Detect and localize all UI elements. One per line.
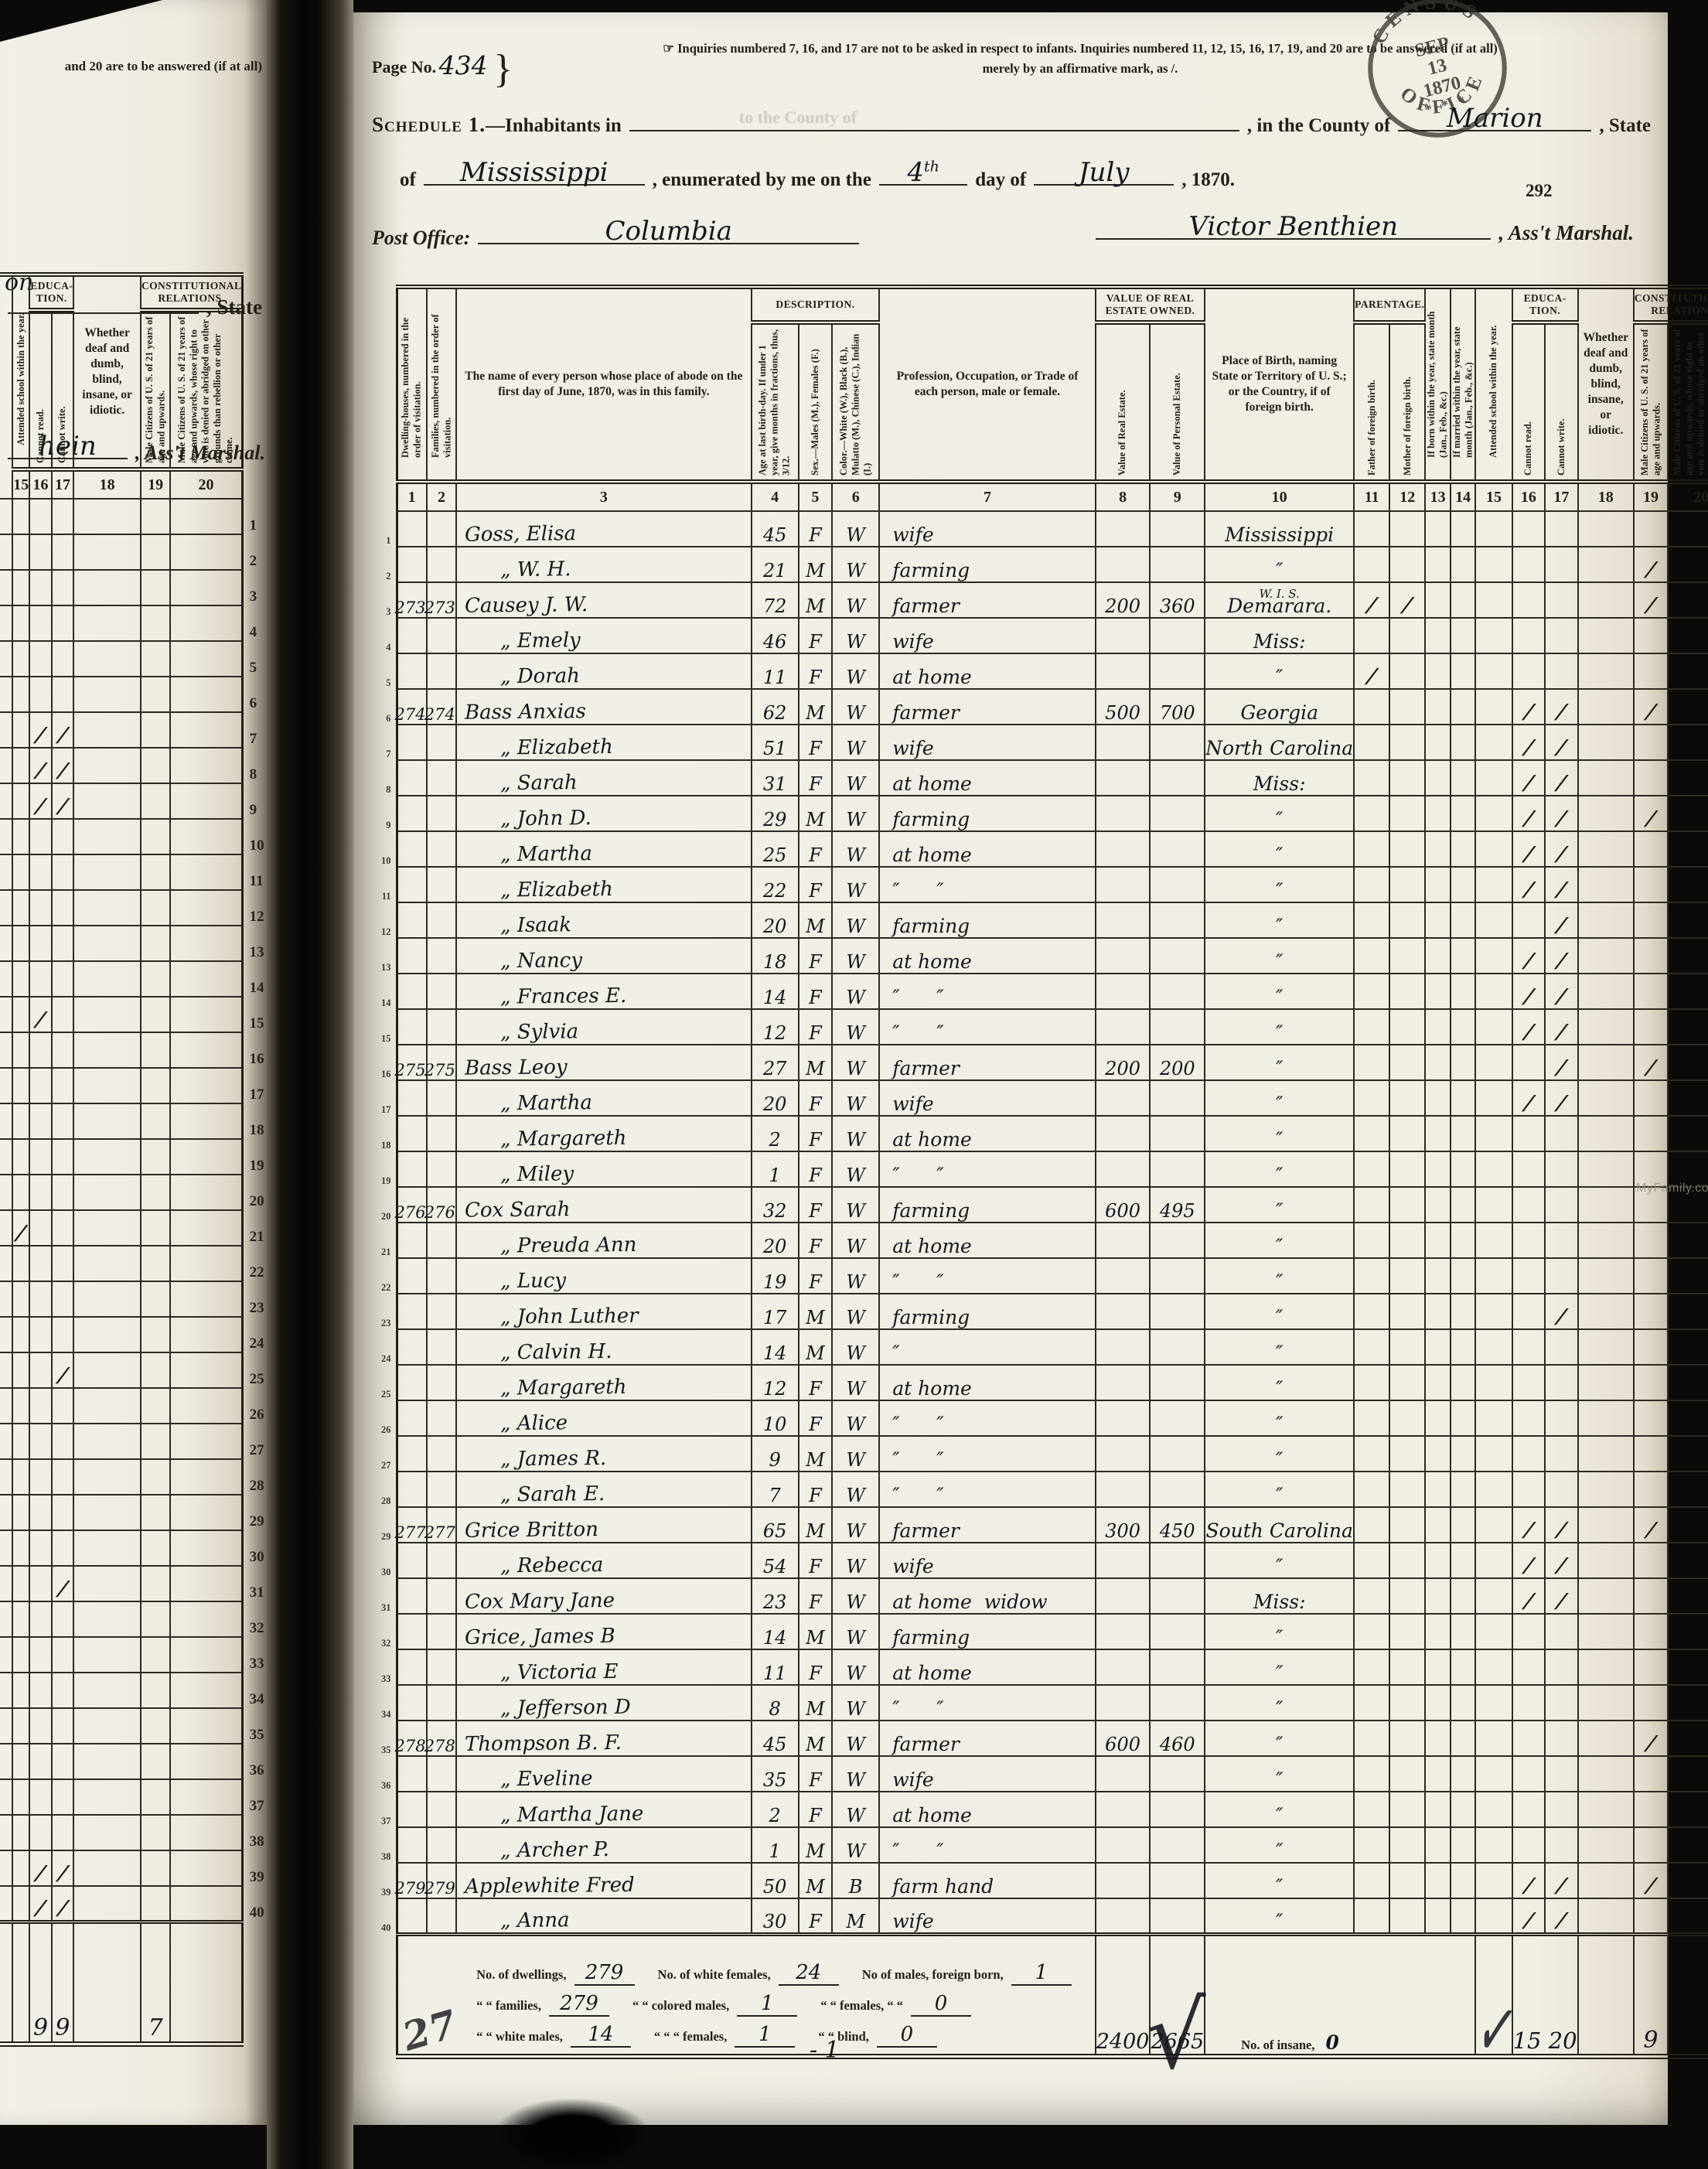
col18-mark bbox=[73, 570, 141, 605]
left-row: /31 bbox=[0, 1566, 267, 1601]
sex: F bbox=[799, 844, 832, 866]
col2-family bbox=[427, 725, 456, 760]
col2-family bbox=[427, 974, 456, 1009]
row-number-small: 15 bbox=[381, 1033, 396, 1045]
col11-mark: / bbox=[1354, 582, 1389, 618]
col10-birthplace: ″ bbox=[1205, 867, 1354, 902]
affirmative-mark: / bbox=[1631, 594, 1670, 617]
left-row: /25 bbox=[0, 1352, 267, 1388]
col12-mark bbox=[1389, 1721, 1425, 1756]
col17-mark bbox=[1545, 1151, 1578, 1187]
col1-dwelling bbox=[397, 1151, 427, 1187]
left-row: 32 bbox=[0, 1601, 267, 1637]
header-col13: If born within the year, state month (Ja… bbox=[1425, 287, 1451, 482]
header-col17: Cannot write. bbox=[1545, 322, 1578, 482]
col8-real-estate bbox=[1096, 760, 1151, 796]
col4-age: 11 bbox=[752, 653, 799, 689]
col19-mark bbox=[1634, 1116, 1668, 1151]
col19-mark bbox=[141, 1673, 170, 1708]
col7-occupation: wife bbox=[879, 725, 1095, 760]
summary-label: “ “ females, “ “ bbox=[820, 1998, 903, 2014]
header-label-17: Cannot write. bbox=[1556, 329, 1567, 476]
schedule-text-2: , in the County of bbox=[1247, 115, 1390, 137]
col3-name: „ Dorah bbox=[456, 653, 751, 689]
col18-mark bbox=[1578, 1578, 1634, 1614]
col18-mark bbox=[73, 1317, 141, 1352]
col5-sex: M bbox=[799, 1614, 833, 1649]
col18-mark bbox=[73, 1459, 141, 1495]
col3-name: „ John Luther bbox=[456, 1294, 751, 1329]
col4-age: 25 bbox=[752, 831, 799, 867]
row-number-big: 27 bbox=[244, 1442, 267, 1459]
col18-mark bbox=[73, 890, 141, 926]
col10-birthplace: ″ bbox=[1205, 1365, 1354, 1400]
row-number-right: 39 bbox=[242, 1850, 267, 1886]
col8-real-estate bbox=[1096, 1400, 1151, 1436]
person-name: Grice, James B bbox=[457, 1625, 615, 1649]
col16-mark: / bbox=[1512, 1543, 1546, 1578]
left-row: 2 bbox=[0, 534, 267, 570]
col15-mark bbox=[1475, 1898, 1512, 1934]
age: 45 bbox=[752, 524, 798, 546]
col9-personal-estate bbox=[1150, 1009, 1205, 1045]
summary-label: “ “ families, bbox=[476, 1998, 541, 2014]
col19-mark bbox=[141, 1459, 170, 1495]
col15-mark bbox=[1475, 1187, 1512, 1223]
col3-name: Goss, Elisa bbox=[456, 511, 751, 547]
occupation: ″ ″ bbox=[880, 879, 943, 902]
row-number-right: 23 bbox=[242, 1281, 267, 1317]
occupation: wife bbox=[880, 1093, 933, 1115]
col20-mark bbox=[170, 1779, 242, 1815]
col7-occupation: farming bbox=[879, 547, 1095, 582]
col13-mark bbox=[1425, 1329, 1451, 1365]
color: W bbox=[833, 1342, 878, 1364]
col19-mark bbox=[141, 854, 170, 890]
col15-mark bbox=[1475, 1685, 1512, 1721]
col6-color: W bbox=[832, 1294, 879, 1329]
row-number-small: 34 bbox=[381, 1709, 396, 1721]
affirmative-mark: / bbox=[1631, 558, 1670, 581]
col16-mark bbox=[29, 1566, 51, 1601]
left-row: 19 bbox=[0, 1139, 267, 1175]
col9-personal-estate bbox=[1150, 1649, 1205, 1685]
color: W bbox=[833, 1022, 878, 1044]
row-number-big: 28 bbox=[244, 1478, 267, 1495]
col19-mark bbox=[1634, 1792, 1668, 1827]
col16-mark bbox=[29, 1459, 51, 1495]
col19-mark bbox=[1634, 1543, 1668, 1578]
row-number-left: 33 bbox=[381, 1649, 397, 1685]
row-number-small: 2 bbox=[381, 571, 396, 582]
row-number-left: 26 bbox=[381, 1400, 397, 1436]
col10-birthplace: ″ bbox=[1205, 831, 1354, 867]
col17-mark: / bbox=[1545, 1863, 1578, 1898]
sex: F bbox=[799, 738, 832, 759]
col6-color: W bbox=[832, 902, 879, 938]
col14-mark bbox=[1451, 867, 1476, 902]
cut-cell bbox=[0, 890, 12, 926]
affirmative-mark: / bbox=[1543, 1909, 1580, 1932]
col9-personal-estate bbox=[1150, 1863, 1205, 1898]
col12-mark bbox=[1389, 831, 1425, 867]
marshal-line: Victor Benthien , Ass't Marshal. bbox=[1088, 213, 1634, 245]
col19-mark bbox=[141, 1032, 170, 1068]
col7-occupation: at home bbox=[879, 1365, 1095, 1400]
color: W bbox=[833, 1520, 878, 1542]
col20-mark bbox=[1668, 511, 1708, 547]
col12-mark bbox=[1389, 1507, 1425, 1543]
col7-occupation: wife bbox=[879, 1898, 1095, 1934]
col5-sex: M bbox=[799, 1294, 833, 1329]
birthplace: ″ bbox=[1205, 1626, 1353, 1649]
sex: M bbox=[799, 1307, 832, 1328]
col7-occupation: at home bbox=[879, 831, 1095, 867]
col17-mark bbox=[1545, 618, 1578, 653]
col20-mark bbox=[1668, 582, 1708, 618]
col15-mark bbox=[12, 1139, 29, 1175]
table-header: Attended school within the year.Educa-ti… bbox=[0, 275, 267, 499]
col17-mark bbox=[52, 1139, 73, 1175]
col14-mark bbox=[1451, 1436, 1476, 1472]
col15-mark bbox=[1475, 1827, 1512, 1863]
age: 19 bbox=[752, 1271, 798, 1293]
col13-mark bbox=[1425, 1294, 1451, 1329]
summary-empty-18 bbox=[1578, 1934, 1634, 2056]
col8-real-estate bbox=[1096, 511, 1151, 547]
col18-mark bbox=[1578, 547, 1634, 582]
col20-mark bbox=[170, 1601, 242, 1637]
col2-family bbox=[427, 1365, 456, 1400]
col9-personal-estate bbox=[1150, 1151, 1205, 1187]
age: 72 bbox=[752, 595, 798, 617]
affirmative-mark: / bbox=[49, 759, 76, 783]
affirmative-mark: / bbox=[1543, 1305, 1580, 1328]
row-number-right: 21 bbox=[242, 1210, 267, 1246]
col8-real-estate bbox=[1096, 1009, 1151, 1045]
row-number-right: 25 bbox=[242, 1352, 267, 1388]
col20-mark bbox=[170, 1673, 242, 1708]
col4-age: 65 bbox=[752, 1507, 799, 1543]
page-number-line: Page No. 434 } bbox=[372, 46, 513, 92]
person-row: 38„ Archer P.1MW″ ″″38 bbox=[381, 1827, 1708, 1863]
age: 45 bbox=[752, 1734, 798, 1755]
col13-mark bbox=[1425, 1400, 1451, 1436]
person-name: Bass Anxias bbox=[457, 700, 586, 725]
col20-mark bbox=[170, 570, 242, 605]
col17-mark bbox=[52, 997, 73, 1032]
col18-mark bbox=[73, 1388, 141, 1424]
header-number-14: 14 bbox=[1451, 482, 1476, 511]
col16-mark bbox=[1512, 511, 1546, 547]
person-name: „ Victoria E bbox=[457, 1660, 619, 1685]
cut-cell bbox=[0, 1139, 12, 1175]
left-row: 18 bbox=[0, 1103, 267, 1139]
margin-cell bbox=[242, 1922, 267, 2044]
col18-mark bbox=[73, 1601, 141, 1637]
header-col14: If married within the year, state month … bbox=[1451, 287, 1476, 482]
row-number-big: 34 bbox=[244, 1691, 267, 1708]
col6-color: W bbox=[832, 511, 879, 547]
col16-mark bbox=[1512, 1045, 1546, 1080]
person-row: 1Goss, Elisa45FWwifeMississippi1 bbox=[381, 511, 1708, 547]
person-row: 28„ Sarah E.7FW″ ″″28 bbox=[381, 1472, 1708, 1507]
col4-age: 22 bbox=[752, 867, 799, 902]
col18-mark bbox=[1578, 618, 1634, 653]
row-number-left: 10 bbox=[381, 831, 397, 867]
col11-mark bbox=[1354, 760, 1389, 796]
col2-family bbox=[427, 1543, 456, 1578]
read-write-total: 15 20 bbox=[1513, 2007, 1577, 2054]
col10-birthplace: ″ bbox=[1205, 1151, 1354, 1187]
birthplace: Mississippi bbox=[1205, 523, 1353, 546]
col5-sex: F bbox=[799, 725, 833, 760]
col17-mark: / bbox=[1545, 902, 1578, 938]
col4-age: 8 bbox=[752, 1685, 799, 1721]
col10-birthplace: ″ bbox=[1205, 1614, 1354, 1649]
col6-color: W bbox=[832, 1080, 879, 1116]
county-handwritten: Marion bbox=[1447, 103, 1543, 134]
col11-mark bbox=[1354, 1436, 1389, 1472]
col15-mark bbox=[12, 1815, 29, 1850]
row-number-big: 29 bbox=[244, 1513, 267, 1530]
person-row: 14„ Frances E.14FW″ ″″//14 bbox=[381, 974, 1708, 1009]
left-page-note-fragment: and 20 are to be answered (if at all) bbox=[4, 57, 262, 77]
age: 25 bbox=[752, 844, 798, 866]
row-number-left: 5 bbox=[381, 653, 397, 689]
sex: M bbox=[799, 1449, 832, 1471]
col17-mark: / bbox=[1545, 725, 1578, 760]
row-number-small: 7 bbox=[381, 749, 396, 760]
header-col20: Male Citizens of U. S. of 21 years of ag… bbox=[1668, 322, 1708, 482]
col15-mark bbox=[1475, 1009, 1512, 1045]
col19-mark bbox=[141, 570, 170, 605]
cut-cell bbox=[0, 1673, 12, 1708]
margin-cell bbox=[242, 275, 267, 499]
col5-sex: F bbox=[799, 1543, 833, 1578]
row-number-big: 20 bbox=[244, 1193, 267, 1210]
cut-cell bbox=[0, 534, 12, 570]
birthplace: ″ bbox=[1205, 1910, 1353, 1932]
birthplace: ″ bbox=[1205, 879, 1353, 902]
person-name: „ Frances E. bbox=[457, 984, 627, 1009]
col1-dwelling bbox=[397, 1685, 427, 1721]
col19-mark bbox=[1634, 974, 1668, 1009]
row-number-left: 32 bbox=[381, 1614, 397, 1649]
row-number-right: 5 bbox=[242, 641, 267, 677]
col7-occupation: at home bbox=[879, 1649, 1095, 1685]
row-number-left: 37 bbox=[381, 1792, 397, 1827]
col4-age: 51 bbox=[752, 725, 799, 760]
col3-name: „ Lucy bbox=[456, 1258, 751, 1294]
col17-mark bbox=[52, 605, 73, 641]
left-row: 24 bbox=[0, 1317, 267, 1352]
header-label-16: Cannot read. bbox=[1522, 329, 1534, 476]
col14-mark bbox=[1451, 725, 1476, 760]
left-row: //40 bbox=[0, 1886, 267, 1922]
affirmative-mark: / bbox=[1631, 1732, 1670, 1755]
header-label-19: Male Citizens of U. S. of 21 years of ag… bbox=[1639, 329, 1663, 476]
col5-sex: F bbox=[799, 1400, 833, 1436]
person-row: 3273273Causey J. W.72MWfarmer200360W. I.… bbox=[381, 582, 1708, 618]
col5-sex: F bbox=[799, 1258, 833, 1294]
person-name: „ Calvin H. bbox=[457, 1340, 612, 1365]
col16-mark bbox=[29, 1495, 51, 1530]
col2-family bbox=[427, 760, 456, 796]
row-number-small: 24 bbox=[381, 1353, 396, 1365]
family-number: 276 bbox=[424, 1203, 455, 1222]
row-number-small: 40 bbox=[381, 1922, 396, 1934]
header-number-row: 151617181920 bbox=[0, 469, 267, 499]
affirmative-mark: / bbox=[1631, 1874, 1670, 1898]
col2-family: 274 bbox=[427, 689, 456, 725]
col12-mark bbox=[1389, 902, 1425, 938]
age: 50 bbox=[752, 1876, 798, 1898]
birthplace: ″ bbox=[1205, 1093, 1353, 1115]
post-office-line: Post Office: Columbia bbox=[372, 218, 867, 250]
person-row: 6274274Bass Anxias62MWfarmer500700Georgi… bbox=[381, 689, 1708, 725]
col11-mark bbox=[1354, 1507, 1389, 1543]
row-number-right: 4 bbox=[242, 605, 267, 641]
person-row: 13„ Nancy18FWat home″//13 bbox=[381, 938, 1708, 974]
color: W bbox=[833, 738, 878, 759]
col9-personal-estate: 700 bbox=[1150, 689, 1205, 725]
col8-real-estate bbox=[1096, 1649, 1151, 1685]
col11-mark bbox=[1354, 1151, 1389, 1187]
col8-real-estate: 300 bbox=[1096, 1507, 1151, 1543]
col16-mark bbox=[1512, 1472, 1546, 1507]
person-name: Cox Sarah bbox=[457, 1198, 571, 1223]
col13-mark bbox=[1425, 974, 1451, 1009]
citizens-total: 7 bbox=[141, 2000, 169, 2041]
row-number-left: 9 bbox=[381, 796, 397, 831]
col14-mark bbox=[1451, 1080, 1476, 1116]
col20-mark bbox=[170, 1459, 242, 1495]
row-number-left: 13 bbox=[381, 938, 397, 974]
cut-cell bbox=[0, 1566, 12, 1601]
col18-mark bbox=[73, 997, 141, 1032]
col15-mark bbox=[1475, 1080, 1512, 1116]
col6-color: W bbox=[832, 1187, 879, 1223]
col5-sex: F bbox=[799, 1649, 833, 1685]
col19-mark bbox=[1634, 1294, 1668, 1329]
col9-personal-estate bbox=[1150, 618, 1205, 653]
col20-mark bbox=[170, 1530, 242, 1566]
age: 10 bbox=[752, 1414, 798, 1435]
col16-mark bbox=[29, 1210, 51, 1246]
col4-age: 72 bbox=[752, 582, 799, 618]
col17-mark: / bbox=[1545, 1898, 1578, 1934]
color: W bbox=[833, 524, 878, 546]
person-row: 30„ Rebecca54FWwife″//30 bbox=[381, 1543, 1708, 1578]
col8-real-estate bbox=[1096, 867, 1151, 902]
birthplace: ″ bbox=[1205, 1342, 1353, 1364]
summary-band: 27No. of dwellings,279No. of white femal… bbox=[381, 1934, 1708, 2056]
age: 22 bbox=[752, 880, 798, 902]
col16-mark: / bbox=[1512, 689, 1546, 725]
header-label-17: Cannot write. bbox=[56, 316, 68, 463]
birthplace: ″ bbox=[1205, 986, 1353, 1008]
personal-estate-value: 460 bbox=[1151, 1734, 1204, 1755]
col11-mark bbox=[1354, 796, 1389, 831]
header-col18: Whether deaf and dumb, blind, insane, or… bbox=[73, 275, 141, 469]
col19-mark bbox=[141, 1317, 170, 1352]
cut-cell bbox=[0, 570, 12, 605]
col20-mark bbox=[170, 605, 242, 641]
col17-mark bbox=[52, 1673, 73, 1708]
row-number-big: 39 bbox=[244, 1869, 267, 1886]
real-estate-value: 200 bbox=[1096, 1058, 1150, 1079]
left-row: 6 bbox=[0, 677, 267, 712]
col16-mark bbox=[1512, 1649, 1546, 1685]
col11-mark bbox=[1354, 1294, 1389, 1329]
col14-mark bbox=[1451, 547, 1476, 582]
col1-dwelling bbox=[397, 1578, 427, 1614]
age: 29 bbox=[752, 809, 798, 830]
col8-real-estate bbox=[1096, 1863, 1151, 1898]
affirmative-mark: / bbox=[49, 1577, 76, 1601]
col19-mark bbox=[141, 1779, 170, 1815]
affirmative-mark: / bbox=[1543, 985, 1580, 1008]
left-page-fragment: and 20 are to be answered (if at all) on… bbox=[0, 0, 267, 2125]
header-label-1: Dwelling-houses, numbered in the order o… bbox=[400, 311, 424, 458]
col2-family bbox=[427, 1151, 456, 1187]
row-number-big: 8 bbox=[244, 766, 267, 783]
col1-dwelling bbox=[397, 867, 427, 902]
person-name: „ Preuda Ann bbox=[457, 1233, 637, 1258]
person-name: Applewhite Fred bbox=[457, 1874, 635, 1898]
col14-mark bbox=[1451, 1187, 1476, 1223]
col3-name: „ Anna bbox=[456, 1898, 751, 1934]
col18-mark bbox=[1578, 1792, 1634, 1827]
affirmative-mark: / bbox=[1510, 985, 1547, 1008]
person-name: „ Eveline bbox=[457, 1767, 593, 1792]
col18-mark bbox=[73, 605, 141, 641]
row-number-right: 34 bbox=[242, 1673, 267, 1708]
row-number-left: 19 bbox=[381, 1151, 397, 1187]
left-row: 29 bbox=[0, 1495, 267, 1530]
col4-age: 20 bbox=[752, 1080, 799, 1116]
col8-real-estate bbox=[1096, 725, 1151, 760]
occupation: at home widow bbox=[880, 1591, 1047, 1613]
col15-mark bbox=[1475, 1151, 1512, 1187]
row-number-right: 30 bbox=[242, 1530, 267, 1566]
col19-mark: / bbox=[1634, 689, 1668, 725]
col2-family: 276 bbox=[427, 1187, 456, 1223]
occupation: at home bbox=[880, 772, 972, 795]
header-label-12: Mother of foreign birth. bbox=[1402, 329, 1413, 476]
col17-mark bbox=[52, 854, 73, 890]
col14-mark bbox=[1451, 1507, 1476, 1543]
summary-insane-cell: No. of insane,0 bbox=[1205, 1934, 1475, 2056]
col5-sex: M bbox=[799, 1827, 833, 1863]
col8-real-estate bbox=[1096, 1116, 1151, 1151]
row-number-right: 40 bbox=[242, 1886, 267, 1922]
person-row: 9„ John D.29MWfarming″///9 bbox=[381, 796, 1708, 831]
col16-mark: / bbox=[1512, 1009, 1546, 1045]
real-estate-value: 200 bbox=[1096, 595, 1150, 617]
age: 12 bbox=[752, 1022, 798, 1044]
color: W bbox=[833, 1840, 878, 1862]
col12-mark bbox=[1389, 1400, 1425, 1436]
header-label-6: Color.—White (W.), Black (B.), Mulatto (… bbox=[838, 329, 874, 476]
col19-mark bbox=[1634, 1685, 1668, 1721]
row-number-right: 32 bbox=[242, 1601, 267, 1637]
col20-mark bbox=[170, 1139, 242, 1175]
col3-name: „ Rebecca bbox=[456, 1543, 751, 1578]
col16-mark bbox=[29, 1103, 51, 1139]
header-number-9: 9 bbox=[1150, 482, 1205, 511]
